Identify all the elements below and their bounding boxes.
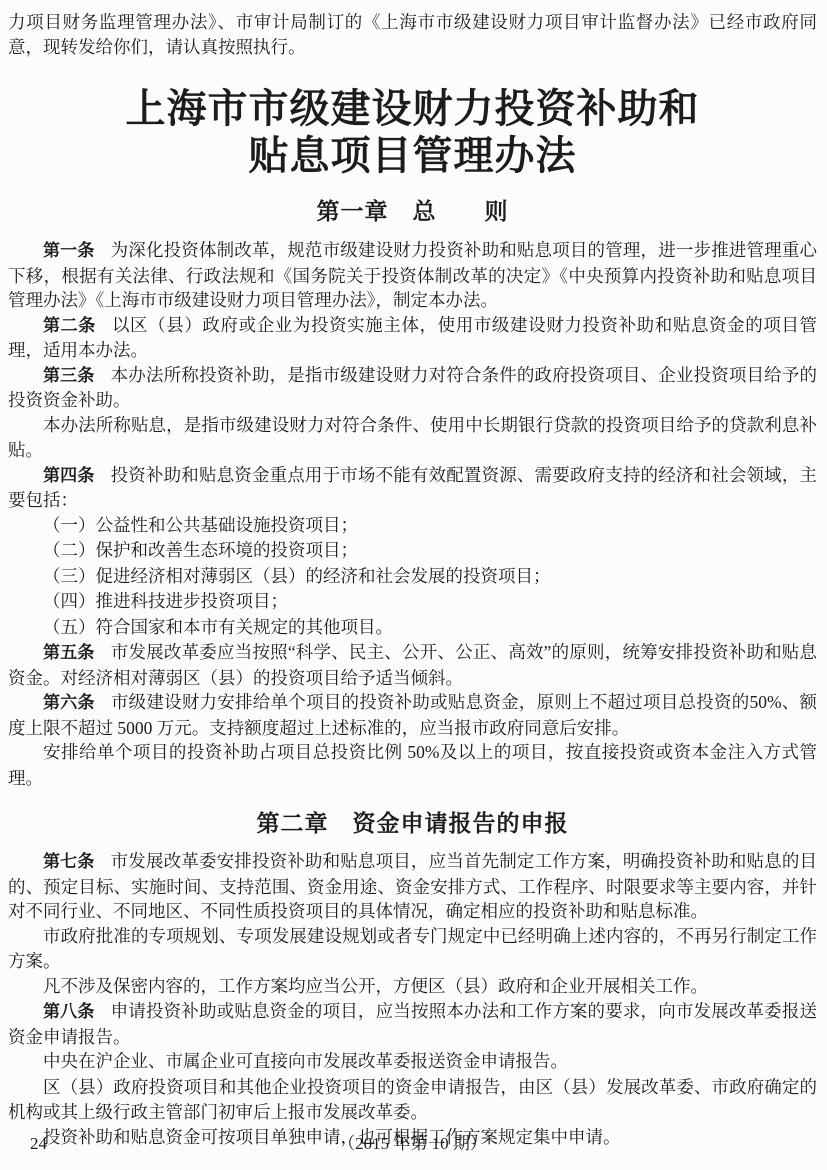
paragraph-text: （二）保护和改善生态环境的投资项目； [43, 540, 358, 560]
article-number: 第四条 [43, 466, 95, 485]
list-item: （一）公益性和公共基础设施投资项目； [8, 513, 817, 539]
article-paragraph: 第六条市级建设财力安排给单个项目的投资补助或贴息资金，原则上不超过项目总投资的5… [8, 690, 817, 740]
article-paragraph: 区（县）政府投资项目和其他企业投资项目的资金申请报告，由区（县）发展改革委、市政… [8, 1075, 817, 1125]
paragraph-text: 本办法所称投资补助，是指市级建设财力对符合条件的政府投资项目、企业投资项目给予的… [8, 365, 817, 411]
intro-paragraph: 力项目财务监理管理办法》、市审计局制订的《上海市市级建设财力项目审计监督办法》已… [8, 10, 817, 60]
paragraph-text: （四）推进科技进步投资项目； [43, 591, 288, 611]
paragraph-text: 市发展改革委应当按照“科学、民主、公开、公正、高效”的原则，统筹安排投资补助和贴… [8, 642, 817, 688]
document-title-line1: 上海市市级建设财力投资补助和 [126, 87, 700, 131]
article-paragraph: 第五条市发展改革委应当按照“科学、民主、公开、公正、高效”的原则，统筹安排投资补… [8, 640, 817, 690]
paragraph-text: 市级建设财力安排给单个项目的投资补助或贴息资金，原则上不超过项目总投资的50%、… [8, 692, 817, 738]
paragraph-text: 中央在沪企业、市属企业可直接向市发展改革委报送资金申请报告。 [43, 1051, 568, 1071]
article-paragraph: 第四条投资补助和贴息资金重点用于市场不能有效配置资源、需要政府支持的经济和社会领… [8, 463, 817, 513]
paragraph-text: （一）公益性和公共基础设施投资项目； [43, 515, 358, 535]
article-number: 第三条 [43, 366, 95, 385]
article-paragraph: 第三条本办法所称投资补助，是指市级建设财力对符合条件的政府投资项目、企业投资项目… [8, 363, 817, 413]
paragraph-text: 为深化投资体制改革，规范市级建设财力投资补助和贴息项目的管理，进一步推进管理重心… [8, 240, 817, 310]
paragraph-text: 以区（县）政府或企业为投资实施主体，使用市级建设财力投资补助和贴息资金的项目管理… [8, 315, 817, 361]
paragraph-text: 凡不涉及保密内容的，工作方案均应当公开，方便区（县）政府和企业开展相关工作。 [43, 976, 708, 996]
article-paragraph: 安排给单个项目的投资补助占项目总投资比例 50%及以上的项目，按直接投资或资本金… [8, 740, 817, 790]
chapter-2-heading: 第二章 资金申请报告的申报 [8, 808, 817, 838]
paragraph-text: 市发展改革委安排投资补助和贴息项目，应当首先制定工作方案，明确投资补助和贴息的目… [8, 851, 817, 921]
page-footer: 24 （2015 年第 10 期） [8, 1132, 817, 1156]
list-item: （二）保护和改善生态环境的投资项目； [8, 538, 817, 564]
article-paragraph: 第八条申请投资补助或贴息资金的项目，应当按照本办法和工作方案的要求，向市发展改革… [8, 999, 817, 1049]
article-number: 第七条 [43, 852, 95, 871]
document-title-line2: 贴息项目管理办法 [249, 134, 577, 178]
article-paragraph: 第七条市发展改革委安排投资补助和贴息项目，应当首先制定工作方案，明确投资补助和贴… [8, 849, 817, 924]
paragraph-text: 区（县）政府投资项目和其他企业投资项目的资金申请报告，由区（县）发展改革委、市政… [8, 1077, 817, 1123]
article-paragraph: 第一条为深化投资体制改革，规范市级建设财力投资补助和贴息项目的管理，进一步推进管… [8, 238, 817, 313]
list-item: （三）促进经济相对薄弱区（县）的经济和社会发展的投资项目； [8, 564, 817, 590]
paragraph-text: 市政府批准的专项规划、专项发展建设规划或者专门规定中已经明确上述内容的，不再另行… [8, 926, 817, 972]
article-number: 第八条 [43, 1002, 95, 1021]
article-number: 第一条 [43, 241, 95, 260]
list-item: （五）符合国家和本市有关规定的其他项目。 [8, 615, 817, 641]
paragraph-text: 安排给单个项目的投资补助占项目总投资比例 50%及以上的项目，按直接投资或资本金… [8, 742, 817, 788]
issue-label: （2015 年第 10 期） [8, 1132, 817, 1156]
article-paragraph: 第二条以区（县）政府或企业为投资实施主体，使用市级建设财力投资补助和贴息资金的项… [8, 313, 817, 363]
document-title: 上海市市级建设财力投资补助和贴息项目管理办法 [8, 86, 817, 180]
article-paragraph: 凡不涉及保密内容的，工作方案均应当公开，方便区（县）政府和企业开展相关工作。 [8, 974, 817, 1000]
article-number: 第五条 [43, 643, 95, 662]
article-number: 第二条 [43, 316, 96, 335]
article-number: 第六条 [43, 693, 95, 712]
document-content: 力项目财务监理管理办法》、市审计局制订的《上海市市级建设财力项目审计监督办法》已… [0, 0, 827, 1150]
article-paragraph: 本办法所称贴息，是指市级建设财力对符合条件、使用中长期银行贷款的投资项目给予的贷… [8, 413, 817, 463]
paragraph-text: 投资补助和贴息资金重点用于市场不能有效配置资源、需要政府支持的经济和社会领域，主… [8, 465, 817, 511]
list-item: （四）推进科技进步投资项目； [8, 589, 817, 615]
article-paragraph: 中央在沪企业、市属企业可直接向市发展改革委报送资金申请报告。 [8, 1049, 817, 1075]
article-paragraph: 市政府批准的专项规划、专项发展建设规划或者专门规定中已经明确上述内容的，不再另行… [8, 924, 817, 974]
paragraph-text: （三）促进经济相对薄弱区（县）的经济和社会发展的投资项目； [43, 566, 551, 586]
document-page: 力项目财务监理管理办法》、市审计局制订的《上海市市级建设财力项目审计监督办法》已… [0, 0, 827, 1170]
paragraph-text: 申请投资补助或贴息资金的项目，应当按照本办法和工作方案的要求，向市发展改革委报送… [8, 1001, 817, 1047]
paragraph-text: 本办法所称贴息，是指市级建设财力对符合条件、使用中长期银行贷款的投资项目给予的贷… [8, 415, 817, 461]
paragraph-text: （五）符合国家和本市有关规定的其他项目。 [43, 617, 393, 637]
chapter-1-heading: 第一章 总 则 [8, 196, 817, 226]
